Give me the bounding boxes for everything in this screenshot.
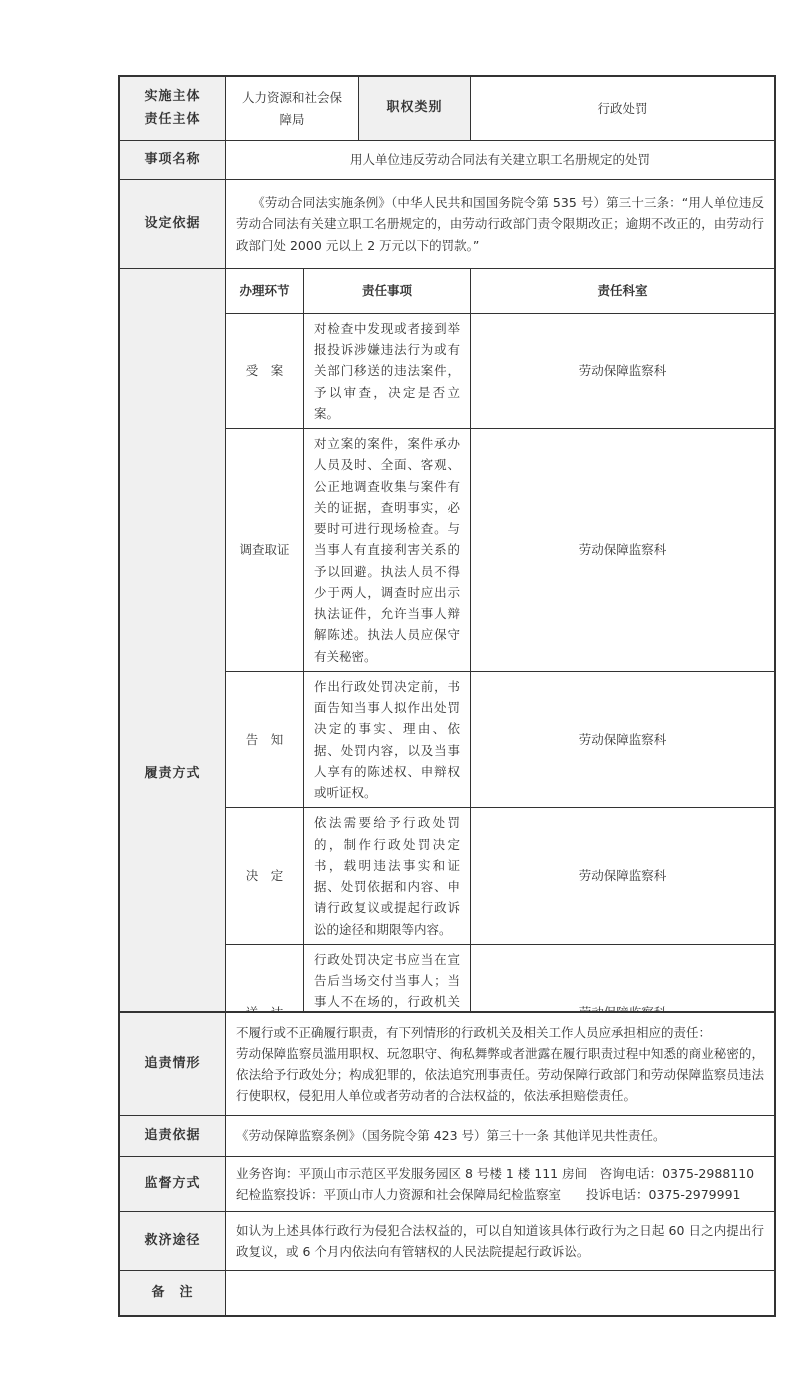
duty-step-row: 告 知 作出行政处罚决定前，书面告知当事人拟作出处罚决定的事实、理由、依据、处罚… bbox=[226, 672, 774, 809]
duty-steps-header-row: 办理环节 责任事项 责任科室 bbox=[226, 269, 774, 314]
accountability-basis-value: 《劳动保障监察条例》（国务院令第 423 号）第三十一条 其他详见共性责任。 bbox=[226, 1116, 774, 1156]
remark-value bbox=[226, 1271, 774, 1315]
step-matter: 作出行政处罚决定前，书面告知当事人拟作出处罚决定的事实、理由、依据、处罚内容，以… bbox=[304, 672, 471, 808]
authority-type-value: 行政处罚 bbox=[471, 77, 774, 140]
accountability-table: 追责情形 不履行或不正确履行职责，有下列情形的行政机关及相关工作人员应承担相应的… bbox=[118, 1011, 776, 1317]
step-dept: 劳动保障监察科 bbox=[471, 808, 774, 944]
step-stage: 调查取证 bbox=[226, 429, 304, 671]
accountability-basis-label: 追责依据 bbox=[120, 1116, 226, 1156]
step-matter: 对立案的案件，案件承办人员及时、全面、客观、公正地调查收集与案件有关的证据，查明… bbox=[304, 429, 471, 671]
supervision-label: 监督方式 bbox=[120, 1157, 226, 1211]
remedy-value: 如认为上述具体行政行为侵犯合法权益的，可以自知道该具体行政行为之日起 60 日之… bbox=[226, 1212, 774, 1270]
step-dept: 劳动保障监察科 bbox=[471, 429, 774, 671]
duty-step-row: 决 定 依法需要给予行政处罚的，制作行政处罚决定书，载明违法事实和证据、处罚依据… bbox=[226, 808, 774, 945]
header-matter: 责任事项 bbox=[304, 269, 471, 313]
header-dept: 责任科室 bbox=[471, 269, 774, 313]
accountability-basis-row: 追责依据 《劳动保障监察条例》（国务院令第 423 号）第三十一条 其他详见共性… bbox=[120, 1116, 774, 1157]
item-name-row: 事项名称 用人单位违反劳动合同法有关建立职工名册规定的处罚 bbox=[120, 141, 774, 180]
authority-type-label: 职权类别 bbox=[359, 77, 471, 140]
step-matter: 对检查中发现或者接到举报投诉涉嫌违法行为或有关部门移送的违法案件，予以审查，决定… bbox=[304, 314, 471, 428]
remark-label: 备 注 bbox=[120, 1271, 226, 1315]
setting-basis-row: 设定依据 《劳动合同法实施条例》（中华人民共和国国务院令第 535 号）第三十三… bbox=[120, 180, 774, 269]
step-stage: 受 案 bbox=[226, 314, 304, 428]
header-stage: 办理环节 bbox=[226, 269, 304, 313]
subject-row: 实施主体 责任主体 人力资源和社会保障局 职权类别 行政处罚 bbox=[120, 77, 774, 141]
accountability-situation-label: 追责情形 bbox=[120, 1013, 226, 1115]
supervision-value: 业务咨询：平顶山市示范区平发服务园区 8 号楼 1 楼 111 房间 咨询电话：… bbox=[226, 1157, 774, 1211]
item-name-label: 事项名称 bbox=[120, 141, 226, 179]
item-name-value: 用人单位违反劳动合同法有关建立职工名册规定的处罚 bbox=[226, 141, 774, 179]
duty-step-row: 调查取证 对立案的案件，案件承办人员及时、全面、客观、公正地调查收集与案件有关的… bbox=[226, 429, 774, 672]
remedy-row: 救济途径 如认为上述具体行政行为侵犯合法权益的，可以自知道该具体行政行为之日起 … bbox=[120, 1212, 774, 1271]
step-dept: 劳动保障监察科 bbox=[471, 672, 774, 808]
step-stage: 告 知 bbox=[226, 672, 304, 808]
implement-subject-label: 实施主体 责任主体 bbox=[120, 77, 226, 140]
remark-row: 备 注 bbox=[120, 1271, 774, 1315]
step-dept: 劳动保障监察科 bbox=[471, 314, 774, 428]
accountability-situation-row: 追责情形 不履行或不正确履行职责，有下列情形的行政机关及相关工作人员应承担相应的… bbox=[120, 1013, 774, 1116]
duty-step-row: 受 案 对检查中发现或者接到举报投诉涉嫌违法行为或有关部门移送的违法案件，予以审… bbox=[226, 314, 774, 429]
step-matter: 依法需要给予行政处罚的，制作行政处罚决定书，载明违法事实和证据、处罚依据和内容、… bbox=[304, 808, 471, 944]
step-stage: 决 定 bbox=[226, 808, 304, 944]
setting-basis-label: 设定依据 bbox=[120, 180, 226, 268]
setting-basis-value: 《劳动合同法实施条例》（中华人民共和国国务院令第 535 号）第三十三条：“用人… bbox=[236, 184, 764, 264]
implement-subject-value: 人力资源和社会保障局 bbox=[226, 77, 359, 140]
supervision-row: 监督方式 业务咨询：平顶山市示范区平发服务园区 8 号楼 1 楼 111 房间 … bbox=[120, 1157, 774, 1212]
remedy-label: 救济途径 bbox=[120, 1212, 226, 1270]
accountability-situation-value: 不履行或不正确履行职责，有下列情形的行政机关及相关工作人员应承担相应的责任： 劳… bbox=[226, 1013, 774, 1115]
